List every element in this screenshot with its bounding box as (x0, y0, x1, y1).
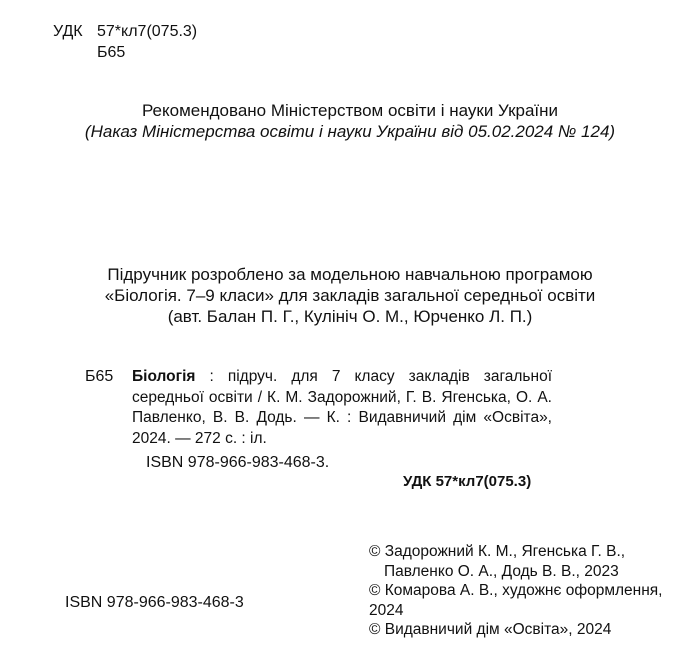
program-authors: (авт. Балан П. Г., Кулініч О. М., Юрченк… (0, 306, 700, 327)
udk-label: УДК (53, 22, 83, 42)
program-block: Підручник розроблено за модельною навчал… (0, 264, 700, 327)
book-title: Біологія (132, 368, 195, 385)
bib-udk: УДК 57*кл7(075.3) (403, 472, 531, 492)
copyright-block: © Задорожний К. М., Ягенська Г. В., Павл… (369, 542, 700, 640)
bib-details: : підруч. для 7 класу закладів загальної… (132, 368, 552, 447)
bibliographic-description: Біологія : підруч. для 7 класу закладів … (132, 367, 552, 449)
program-line: Підручник розроблено за модельною навчал… (0, 264, 700, 285)
bib-isbn: ISBN 978-966-983-468-3. (146, 453, 329, 473)
isbn-bottom: ISBN 978-966-983-468-3 (65, 593, 244, 613)
udk-code: 57*кл7(075.3) (97, 22, 197, 42)
copyright-line: © Комарова А. В., художнє оформлення, 20… (369, 581, 700, 620)
copyright-line: © Видавничий дім «Освіта», 2024 (369, 620, 700, 640)
recommendation-line: Рекомендовано Міністерством освіти і нау… (0, 100, 700, 121)
copyright-line: © Задорожний К. М., Ягенська Г. В., (369, 542, 700, 562)
copyright-line: Павленко О. А., Додь В. В., 2023 (369, 562, 700, 582)
recommendation-block: Рекомендовано Міністерством освіти і нау… (0, 100, 700, 142)
udk-cipher: Б65 (97, 43, 125, 63)
bib-cipher: Б65 (85, 367, 113, 387)
order-reference: (Наказ Міністерства освіти і науки Украї… (0, 121, 700, 142)
program-line: «Біологія. 7–9 класи» для закладів загал… (0, 285, 700, 306)
